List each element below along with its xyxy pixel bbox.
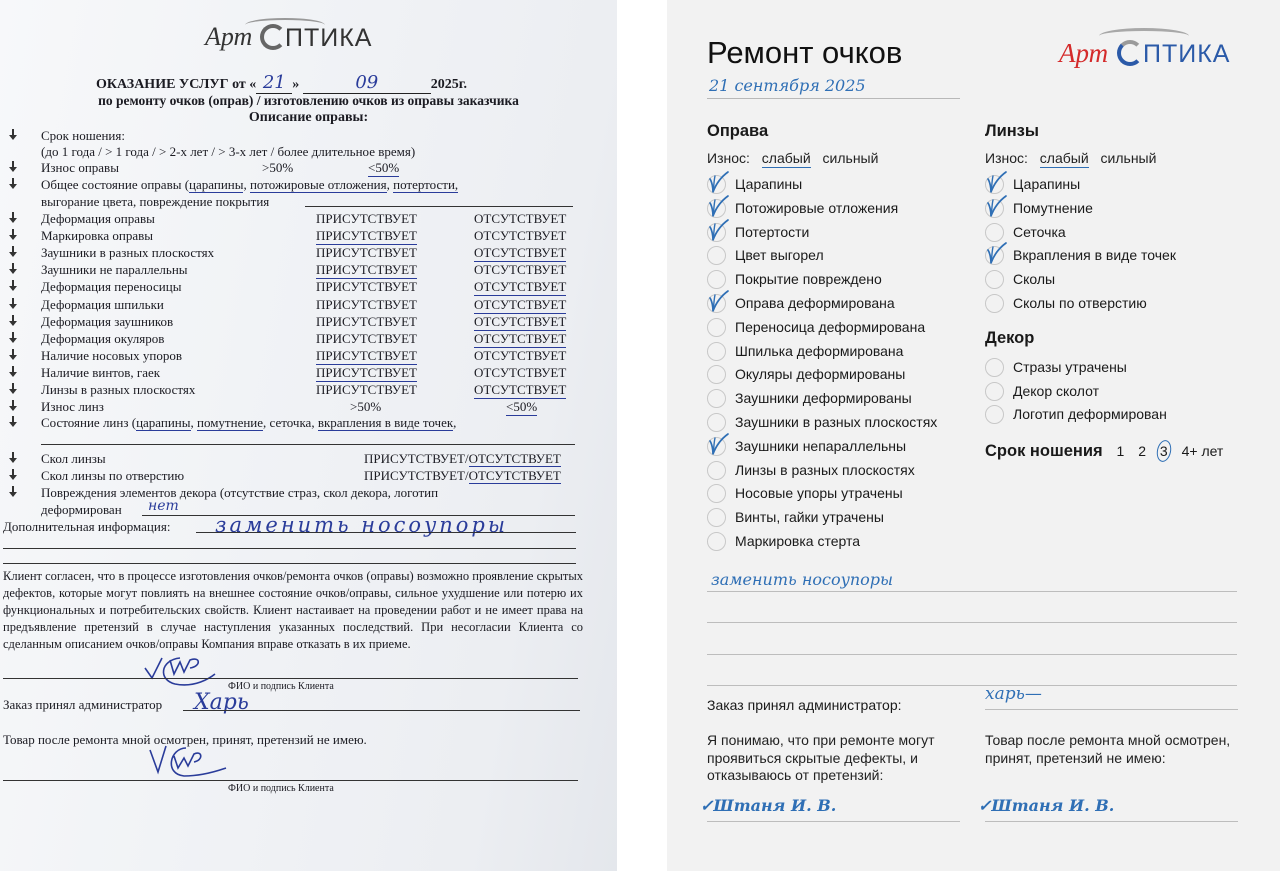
checkmark-icon: [706, 194, 730, 218]
checklist-item-label: Логотип деформирован: [1013, 406, 1167, 422]
checklist-item-label: Винты, гайки утрачены: [735, 509, 884, 525]
wear-term-option-3[interactable]: 3: [1160, 443, 1168, 459]
consent-hidden-defects: Я понимаю, что при ремонте могут проявит…: [707, 732, 967, 785]
bullet-arrow-icon: [9, 263, 17, 274]
checklist-item-label: Цвет выгорел: [735, 247, 824, 263]
lenses-section: Линзы Износ: слабый сильный ЦарапиныПому…: [985, 122, 1255, 466]
paper-presence-row: Деформация окуляровПРИСУТСТВУЕТОТСУТСТВУ…: [0, 331, 617, 348]
admin-signature-line: [985, 709, 1238, 710]
notes-field[interactable]: заменить носоупоры: [707, 560, 1237, 686]
checklist-item-label: Заушники деформированы: [735, 390, 912, 406]
checklist-item-label: Покрытие повреждено: [735, 271, 882, 287]
checkbox-circle[interactable]: [707, 532, 726, 551]
checklist-item-label: Сеточка: [1013, 224, 1066, 240]
checklist-item[interactable]: Цвет выгорел: [707, 245, 967, 269]
bullet-arrow-icon: [9, 366, 17, 377]
bullet-arrow-icon: [9, 178, 17, 189]
logo-eye-icon: [1117, 40, 1143, 66]
bullet-arrow-icon: [9, 229, 17, 240]
blank-line: [3, 563, 576, 564]
additional-value: заменить носоупоры: [215, 513, 508, 537]
bullet-arrow-icon: [9, 486, 17, 497]
option-absent: ОТСУТСТВУЕТ: [474, 245, 566, 262]
option-present: ПРИСУТСТВУЕТ: [316, 228, 417, 245]
bullet-arrow-icon: [9, 280, 17, 291]
checklist-item-label: Заушники непараллельны: [735, 438, 906, 454]
paper-presence-row: Заушники в разных плоскостяхПРИСУТСТВУЕТ…: [0, 245, 617, 262]
admin-label: Заказ принял администратор: [3, 697, 162, 713]
checkbox-circle[interactable]: [985, 382, 1004, 401]
checkbox-circle[interactable]: [707, 318, 726, 337]
checklist-item[interactable]: Сколы: [985, 269, 1255, 293]
option-absent: ОТСУТСТВУЕТ: [474, 211, 566, 227]
option-absent: ОТСУТСТВУЕТ: [474, 228, 566, 244]
admin-label: Заказ принял администратор:: [707, 697, 902, 713]
bullet-arrow-icon: [9, 469, 17, 480]
checklist-item[interactable]: Окуляры деформированы: [707, 364, 967, 388]
checklist-item[interactable]: Царапины: [985, 174, 1255, 198]
checklist-item[interactable]: Сколы по отверстию: [985, 293, 1255, 317]
admin-signature[interactable]: харь—: [985, 684, 1042, 704]
admin-signature: Харь: [194, 690, 249, 715]
lenses-wear-option-weak[interactable]: слабый: [1040, 150, 1089, 168]
logo-optika-text: ПТИКА: [285, 24, 372, 53]
paper-presence-row: Заушники не параллельныПРИСУТСТВУЕТОТСУТ…: [0, 262, 617, 279]
checkbox-circle[interactable]: [707, 508, 726, 527]
paper-section-title: Описание оправы:: [0, 110, 617, 126]
bullet-arrow-icon: [9, 129, 17, 140]
checklist-item[interactable]: Носовые упоры утрачены: [707, 483, 967, 507]
paper-row-lens-chip: Скол линзы ПРИСУТСТВУЕТ/ОТСУТСТВУЕТ: [0, 451, 617, 468]
option-present: ПРИСУТСТВУЕТ: [316, 314, 417, 330]
frame-checklist: ЦарапиныПотожировые отложенияПотертостиЦ…: [707, 174, 967, 555]
frame-heading: Оправа: [707, 122, 967, 144]
notes-line[interactable]: [707, 592, 1237, 624]
checkbox-circle[interactable]: [707, 461, 726, 480]
option-present: ПРИСУТСТВУЕТ: [316, 382, 417, 398]
paper-row-lens-condition: Состояние линз (царапины, помутнение, се…: [0, 415, 617, 432]
bullet-arrow-icon: [9, 332, 17, 343]
checklist-item[interactable]: Оправа деформирована: [707, 293, 967, 317]
checklist-item-label: Сколы по отверстию: [1013, 295, 1147, 311]
paper-row-frame-condition-2: выгорание цвета, повреждение покрытия: [0, 194, 617, 211]
checklist-item-label: Сколы: [1013, 271, 1055, 287]
option-absent: ОТСУТСТВУЕТ: [474, 262, 566, 278]
wear-term-label: Срок ношения: [985, 442, 1103, 460]
client-signature-right[interactable]: ✓Штаня И. В.: [978, 796, 1114, 815]
signature-line: [707, 821, 960, 822]
digital-repair-form: Ремонт очков 21 сентября 2025 Арт ПТИКА …: [667, 0, 1280, 871]
form-date[interactable]: 21 сентября 2025: [709, 76, 866, 95]
option-present: ПРИСУТСТВУЕТ: [316, 279, 417, 295]
logo-art-text: Арт: [1059, 38, 1108, 69]
checklist-item-label: Маркировка стерта: [735, 533, 860, 549]
option-present: ПРИСУТСТВУЕТ: [316, 365, 417, 382]
paper-presence-row: Деформация заушниковПРИСУТСТВУЕТОТСУТСТВ…: [0, 314, 617, 331]
checklist-item[interactable]: Декор сколот: [985, 381, 1255, 405]
option-absent: ОТСУТСТВУЕТ: [474, 348, 566, 364]
notes-line[interactable]: [707, 655, 1237, 687]
checkmark-icon: [706, 170, 730, 194]
checkmark-icon: [984, 194, 1008, 218]
checkbox-circle[interactable]: [985, 223, 1004, 242]
paper-subtitle: по ремонту очков (оправ) / изготовлению …: [0, 93, 617, 109]
checklist-item[interactable]: Заушники непараллельны: [707, 436, 967, 460]
checklist-item[interactable]: Логотип деформирован: [985, 404, 1255, 428]
gutter: [617, 0, 667, 871]
checkbox-circle[interactable]: [985, 358, 1004, 377]
option-present: ПРИСУТСТВУЕТ: [316, 348, 417, 365]
checklist-item-label: Потертости: [735, 224, 809, 240]
option-present: ПРИСУТСТВУЕТ: [316, 211, 417, 227]
consent-accepted: Товар после ремонта мной осмотрен, приня…: [985, 732, 1245, 767]
blank-line: [305, 206, 573, 207]
paper-presence-row: Деформация оправыПРИСУТСТВУЕТОТСУТСТВУЕТ: [0, 211, 617, 228]
checkmark-icon: [706, 289, 730, 313]
checklist-item-label: Оправа деформирована: [735, 295, 895, 311]
wear-term-option-2[interactable]: 2: [1138, 443, 1146, 459]
bullet-arrow-icon: [9, 349, 17, 360]
checklist-item[interactable]: Линзы в разных плоскостях: [707, 460, 967, 484]
logo-optika-text: ПТИКА: [1143, 40, 1230, 69]
frame-wear-option-weak[interactable]: слабый: [762, 150, 811, 168]
paper-presence-row: Деформация переносицыПРИСУТСТВУЕТОТСУТСТ…: [0, 279, 617, 296]
checkbox-circle[interactable]: [707, 484, 726, 503]
checklist-item[interactable]: Потертости: [707, 222, 967, 246]
bullet-arrow-icon: [9, 452, 17, 463]
checklist-item[interactable]: Помутнение: [985, 198, 1255, 222]
notes-line[interactable]: заменить носоупоры: [707, 560, 1237, 592]
bullet-arrow-icon: [9, 315, 17, 326]
checklist-item[interactable]: Заушники деформированы: [707, 388, 967, 412]
title-day: 21: [256, 72, 292, 94]
brand-logo: Арт ПТИКА: [1059, 26, 1249, 82]
wear-term-option-4plus[interactable]: 4+ лет: [1182, 443, 1224, 459]
bullet-arrow-icon: [9, 161, 17, 172]
checklist-item-label: Окуляры деформированы: [735, 366, 905, 382]
frame-wear-selector: Износ: слабый сильный: [707, 150, 967, 174]
blank-line: [41, 444, 575, 445]
checklist-item[interactable]: Сеточка: [985, 222, 1255, 246]
checkbox-circle[interactable]: [985, 294, 1004, 313]
checklist-item-label: Переносица деформирована: [735, 319, 925, 335]
form-title: Ремонт очков: [707, 35, 902, 71]
client-signature-caption-2: ФИО и подпись Клиента: [228, 783, 334, 794]
frame-wear-option-strong[interactable]: сильный: [823, 150, 879, 166]
option-present: ПРИСУТСТВУЕТ: [316, 297, 417, 313]
checklist-item-label: Царапины: [735, 176, 802, 192]
checklist-item-label: Царапины: [1013, 176, 1080, 192]
bullet-arrow-icon: [9, 416, 17, 427]
checkbox-circle[interactable]: [707, 270, 726, 289]
bullet-arrow-icon: [9, 298, 17, 309]
signature-line: [183, 710, 580, 711]
lenses-wear-option-strong[interactable]: сильный: [1101, 150, 1157, 166]
lenses-heading: Линзы: [985, 122, 1255, 144]
blank-line: [3, 548, 576, 549]
paper-title: ОКАЗАНИЕ УСЛУГ от «21» 092025г.: [96, 72, 467, 94]
checklist-item[interactable]: Заушники в разных плоскостях: [707, 412, 967, 436]
checklist-item[interactable]: Потожировые отложения: [707, 198, 967, 222]
signature-line: [3, 780, 578, 781]
bullet-arrow-icon: [9, 400, 17, 411]
paper-row-lens-wear: Износ линз >50% <50%: [0, 399, 617, 416]
checklist-item-label: Вкрапления в виде точек: [1013, 247, 1176, 263]
option-absent: ОТСУТСТВУЕТ: [474, 382, 566, 399]
paper-disclaimer: Клиент согласен, что в процессе изготовл…: [3, 568, 583, 653]
checkbox-circle[interactable]: [707, 365, 726, 384]
lenses-checklist: ЦарапиныПомутнениеСеточкаВкрапления в ви…: [985, 174, 1255, 317]
option-absent: ОТСУТСТВУЕТ: [474, 331, 566, 348]
paper-presence-row: Наличие носовых упоровПРИСУТСТВУЕТОТСУТС…: [0, 348, 617, 365]
signature-line: [985, 821, 1238, 822]
title-month: 09: [303, 72, 431, 94]
checklist-item[interactable]: Царапины: [707, 174, 967, 198]
option-present: ПРИСУТСТВУЕТ: [316, 262, 417, 279]
bullet-arrow-icon: [9, 246, 17, 257]
paper-presence-row: Маркировка оправыПРИСУТСТВУЕТОТСУТСТВУЕТ: [0, 228, 617, 245]
checklist-item[interactable]: Переносица деформирована: [707, 317, 967, 341]
checkbox-circle[interactable]: [707, 342, 726, 361]
paper-row-wear-term: Срок ношения:: [0, 128, 617, 145]
paper-row-decor: Повреждения элементов декора (отсутствие…: [0, 485, 617, 502]
decor-heading: Декор: [985, 329, 1255, 351]
checklist-item-label: Потожировые отложения: [735, 200, 898, 216]
signature-line: [3, 678, 578, 679]
option-present: ПРИСУТСТВУЕТ: [316, 331, 417, 347]
paper-row-wear-term-options: (до 1 года / > 1 года / > 2-х лет / > 3-…: [0, 144, 617, 161]
checkbox-circle[interactable]: [707, 389, 726, 408]
checklist-item[interactable]: Стразы утрачены: [985, 357, 1255, 381]
checklist-item-label: Заушники в разных плоскостях: [735, 414, 937, 430]
paper-presence-row: Наличие винтов, гаекПРИСУТСТВУЕТОТСУТСТВ…: [0, 365, 617, 382]
wear-term-selector: Срок ношения 1 2 3 4+ лет: [985, 442, 1255, 466]
checklist-item-label: Помутнение: [1013, 200, 1093, 216]
paper-row-frame-wear: Износ оправы >50% <50%: [0, 160, 617, 177]
wear-term-option-1[interactable]: 1: [1117, 443, 1125, 459]
paper-row-additional: Дополнительная информация: заменить носо…: [0, 519, 617, 536]
checkbox-circle[interactable]: [707, 246, 726, 265]
option-absent: ОТСУТСТВУЕТ: [474, 279, 566, 296]
checklist-item-label: Линзы в разных плоскостях: [735, 462, 915, 478]
logo-eye-icon: [260, 24, 286, 50]
option-absent: ОТСУТСТВУЕТ: [474, 365, 566, 381]
checklist-item[interactable]: Винты, гайки утрачены: [707, 507, 967, 531]
paper-logo: Арт ПТИКА: [205, 18, 385, 58]
checkmark-icon: [706, 432, 730, 456]
decor-checklist: Стразы утраченыДекор сколотЛоготип дефор…: [985, 357, 1255, 428]
checklist-item-label: Стразы утрачены: [1013, 359, 1127, 375]
checklist-item[interactable]: Покрытие повреждено: [707, 269, 967, 293]
client-signature-icon: [140, 650, 220, 690]
checklist-item[interactable]: Шпилька деформирована: [707, 341, 967, 365]
checklist-item-label: Носовые упоры утрачены: [735, 485, 903, 501]
paper-row-lens-chip-hole: Скол линзы по отверстию ПРИСУТСТВУЕТ/ОТС…: [0, 468, 617, 485]
checkmark-icon: [984, 170, 1008, 194]
checklist-item-label: Декор сколот: [1013, 383, 1099, 399]
client-signature-left[interactable]: ✓Штаня И. В.: [700, 796, 836, 815]
lenses-wear-selector: Износ: слабый сильный: [985, 150, 1255, 174]
notes-line[interactable]: [707, 623, 1237, 655]
paper-presence-row: Деформация шпилькиПРИСУТСТВУЕТОТСУТСТВУЕ…: [0, 297, 617, 314]
checkbox-circle[interactable]: [707, 413, 726, 432]
client-signature-2-icon: [148, 742, 228, 782]
paper-row-frame-condition: Общее состояние оправы (царапины, потожи…: [0, 177, 617, 194]
decor-value: нет: [148, 498, 179, 514]
checkmark-icon: [984, 241, 1008, 265]
date-underline: [707, 98, 960, 99]
bullet-arrow-icon: [9, 212, 17, 223]
option-absent: ОТСУТСТВУЕТ: [474, 314, 566, 331]
checkmark-icon: [706, 218, 730, 242]
checkbox-circle[interactable]: [985, 270, 1004, 289]
bullet-arrow-icon: [9, 383, 17, 394]
checklist-item[interactable]: Вкрапления в виде точек: [985, 245, 1255, 269]
scanned-paper-form: Арт ПТИКА ОКАЗАНИЕ УСЛУГ от «21» 092025г…: [0, 0, 617, 871]
paper-presence-row: Линзы в разных плоскостяхПРИСУТСТВУЕТОТС…: [0, 382, 617, 399]
option-present: ПРИСУТСТВУЕТ: [316, 245, 417, 261]
option-absent: ОТСУТСТВУЕТ: [474, 297, 566, 314]
checkbox-circle[interactable]: [985, 405, 1004, 424]
frame-section: Оправа Износ: слабый сильный ЦарапиныПот…: [707, 122, 967, 555]
checklist-item-label: Шпилька деформирована: [735, 343, 903, 359]
logo-art-text: Арт: [205, 22, 252, 52]
blank-line: [196, 532, 576, 533]
checklist-item[interactable]: Маркировка стерта: [707, 531, 967, 555]
